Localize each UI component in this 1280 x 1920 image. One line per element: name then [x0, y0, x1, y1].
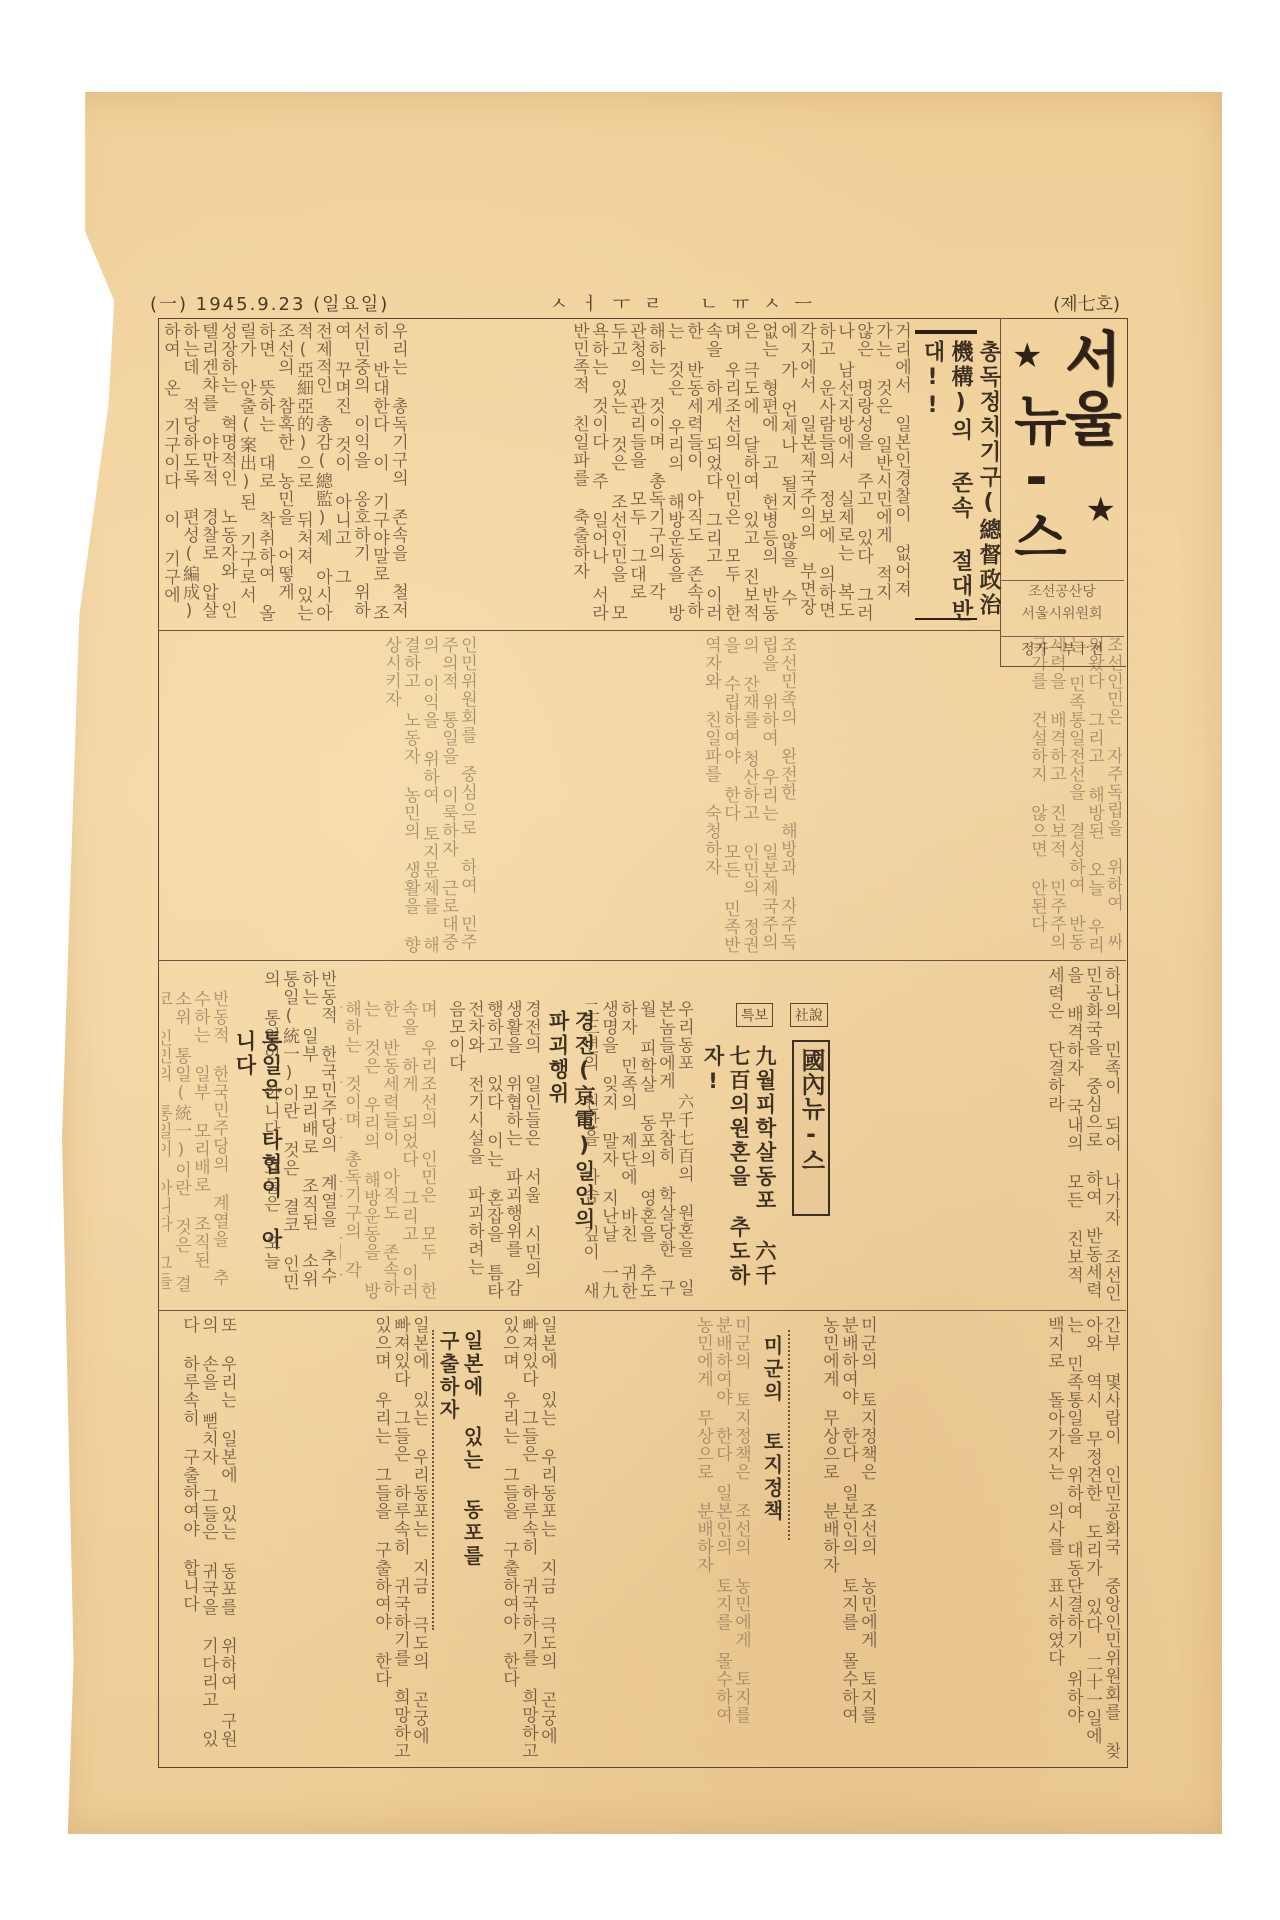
article-bottom-left: 또 우리는 일본에 있는 동포를 위하여 구원의 손을 뻗치자 그들은 귀국을 … — [162, 1316, 236, 1760]
article-top-middle: 며 우리조선의 인민은 모두 한속을 하게 되었다 그리고 이러한 반동세력들이… — [410, 322, 740, 622]
article-middle-left: 인민위원회를 중심으로 하여 민주주의적 통일을 이룩하자 근로대중의 이익을 … — [162, 636, 476, 954]
article-lower-right: 하나의 민족이 되어 나가자 조선인민공화국을 중심으로 하여 반동세력을 배격… — [862, 966, 1120, 1304]
divider-top — [158, 630, 1000, 631]
article-middle-right: 조선인민은 자주독립을 위하여 싸워왔다 그리고 해방된 오늘 우리는 민족통일… — [800, 636, 1122, 954]
editorial-box: 社說 — [790, 1003, 828, 1027]
publisher: 조선공산당 서울시위원회 — [1000, 580, 1124, 637]
publisher-line: 서울시위원회 — [1000, 603, 1124, 625]
masthead-title-news: 뉴-스 — [1006, 392, 1066, 563]
divider-middle — [158, 960, 1126, 961]
article-bottom-right: 간부 몇사람이 인민공화국 중앙인민위원회를 찾아와 역시 무정견한 도리가 있… — [880, 1316, 1120, 1760]
headline-rule — [915, 618, 977, 620]
article-kyungjeon-cont: 며 우리조선의 인민은 모두 한속을 하게 되었다 그리고 이러한 반동세력들이… — [340, 1000, 436, 1300]
masthead: ★ 서울 뉴-스 ★ — [1000, 322, 1124, 580]
romanized-title: ㅅㅓㅜㄹ ㄴㅠㅅㅡ — [550, 290, 826, 316]
headline-border — [432, 1330, 434, 1630]
article-land-policy: 미군의 토지정책은 조선의 농민에게 토지를 분배하여야 한다 일본인의 토지를… — [790, 1316, 876, 1760]
article-unification: 반동적 한국민주당의 계열을 추수하는 일부 모리배로 조직된 소위 통일(統一… — [162, 990, 228, 1300]
article-unification-top: 반동적 한국민주당의 계열을 추수하는 일부 모리배로 조직된 소위 통일(統一… — [264, 970, 336, 1300]
kyungjeon-headline: 경전(京電)일인의 파괴행위 — [545, 1010, 597, 1280]
publisher-line: 조선공산당 — [1000, 581, 1124, 603]
article-rescue: 일본에 있는 우리동포는 지금 극도의 곤궁에 빠져있다 그들은 하루속히 귀국… — [240, 1316, 428, 1760]
article-top-right: 거리에서 일본인경찰이 없어져 가는 것은 일반시민에게 적지 않은 명랑성을 … — [745, 322, 910, 622]
issue-number: (제七호) — [1053, 290, 1120, 316]
massacre-headline: 九월피학살동포 六千七百의원혼을 추도하자! — [698, 1045, 778, 1295]
article-top-left: 우리는 총독기구의 존속을 철저히 반대한다 이 기구야말로 조선민중의 이익을… — [162, 322, 407, 622]
star-icon: ★ — [1086, 490, 1116, 530]
article-kyungjeon: 경전의 일인들은 서울 시민의 생활을 위협하는 파괴행위를 감행하고 있다 이… — [440, 1000, 540, 1300]
issue-date: (一) 1945.9.23 (일요일) — [150, 290, 389, 316]
weekday: (일요일) — [313, 294, 389, 315]
page-header: (一) 1945.9.23 (일요일) ㅅㅓㅜㄹ ㄴㅠㅅㅡ (제七호) — [150, 290, 1130, 316]
main-headline: 총독정치기구(總督政治機構)의 존속 절대반대!! — [918, 340, 1002, 640]
article-bottom-center: 미군의 토지정책은 조선의 농민에게 토지를 분배하여야 한다 일본인의 토지를… — [560, 1316, 750, 1760]
domestic-news-label: 國內뉴-스 — [792, 1040, 830, 1216]
article-rescue-right: 일본에 있는 우리동포는 지금 극도의 곤궁에 빠져있다 그들은 하루속히 귀국… — [468, 1316, 556, 1760]
date: 1945.9.23 — [196, 294, 306, 315]
article-middle-center: 조선민족의 완전한 해방과 자주독립을 위하여 우리는 일본제국주의의 잔재를 … — [480, 636, 796, 954]
divider-lower — [158, 1310, 1126, 1311]
land-policy-headline: 미군의 토지정책 — [760, 1335, 784, 1535]
page-number: (一) — [150, 294, 188, 315]
article-massacre: 우리동포 六千七百의 원혼을 일본놈들에게 무참히 학살당한 구월 피학살 동포… — [585, 1000, 693, 1300]
star-icon: ★ — [1012, 336, 1042, 376]
special-report-box: 특보 — [736, 1003, 773, 1027]
headline-rule — [915, 330, 977, 334]
